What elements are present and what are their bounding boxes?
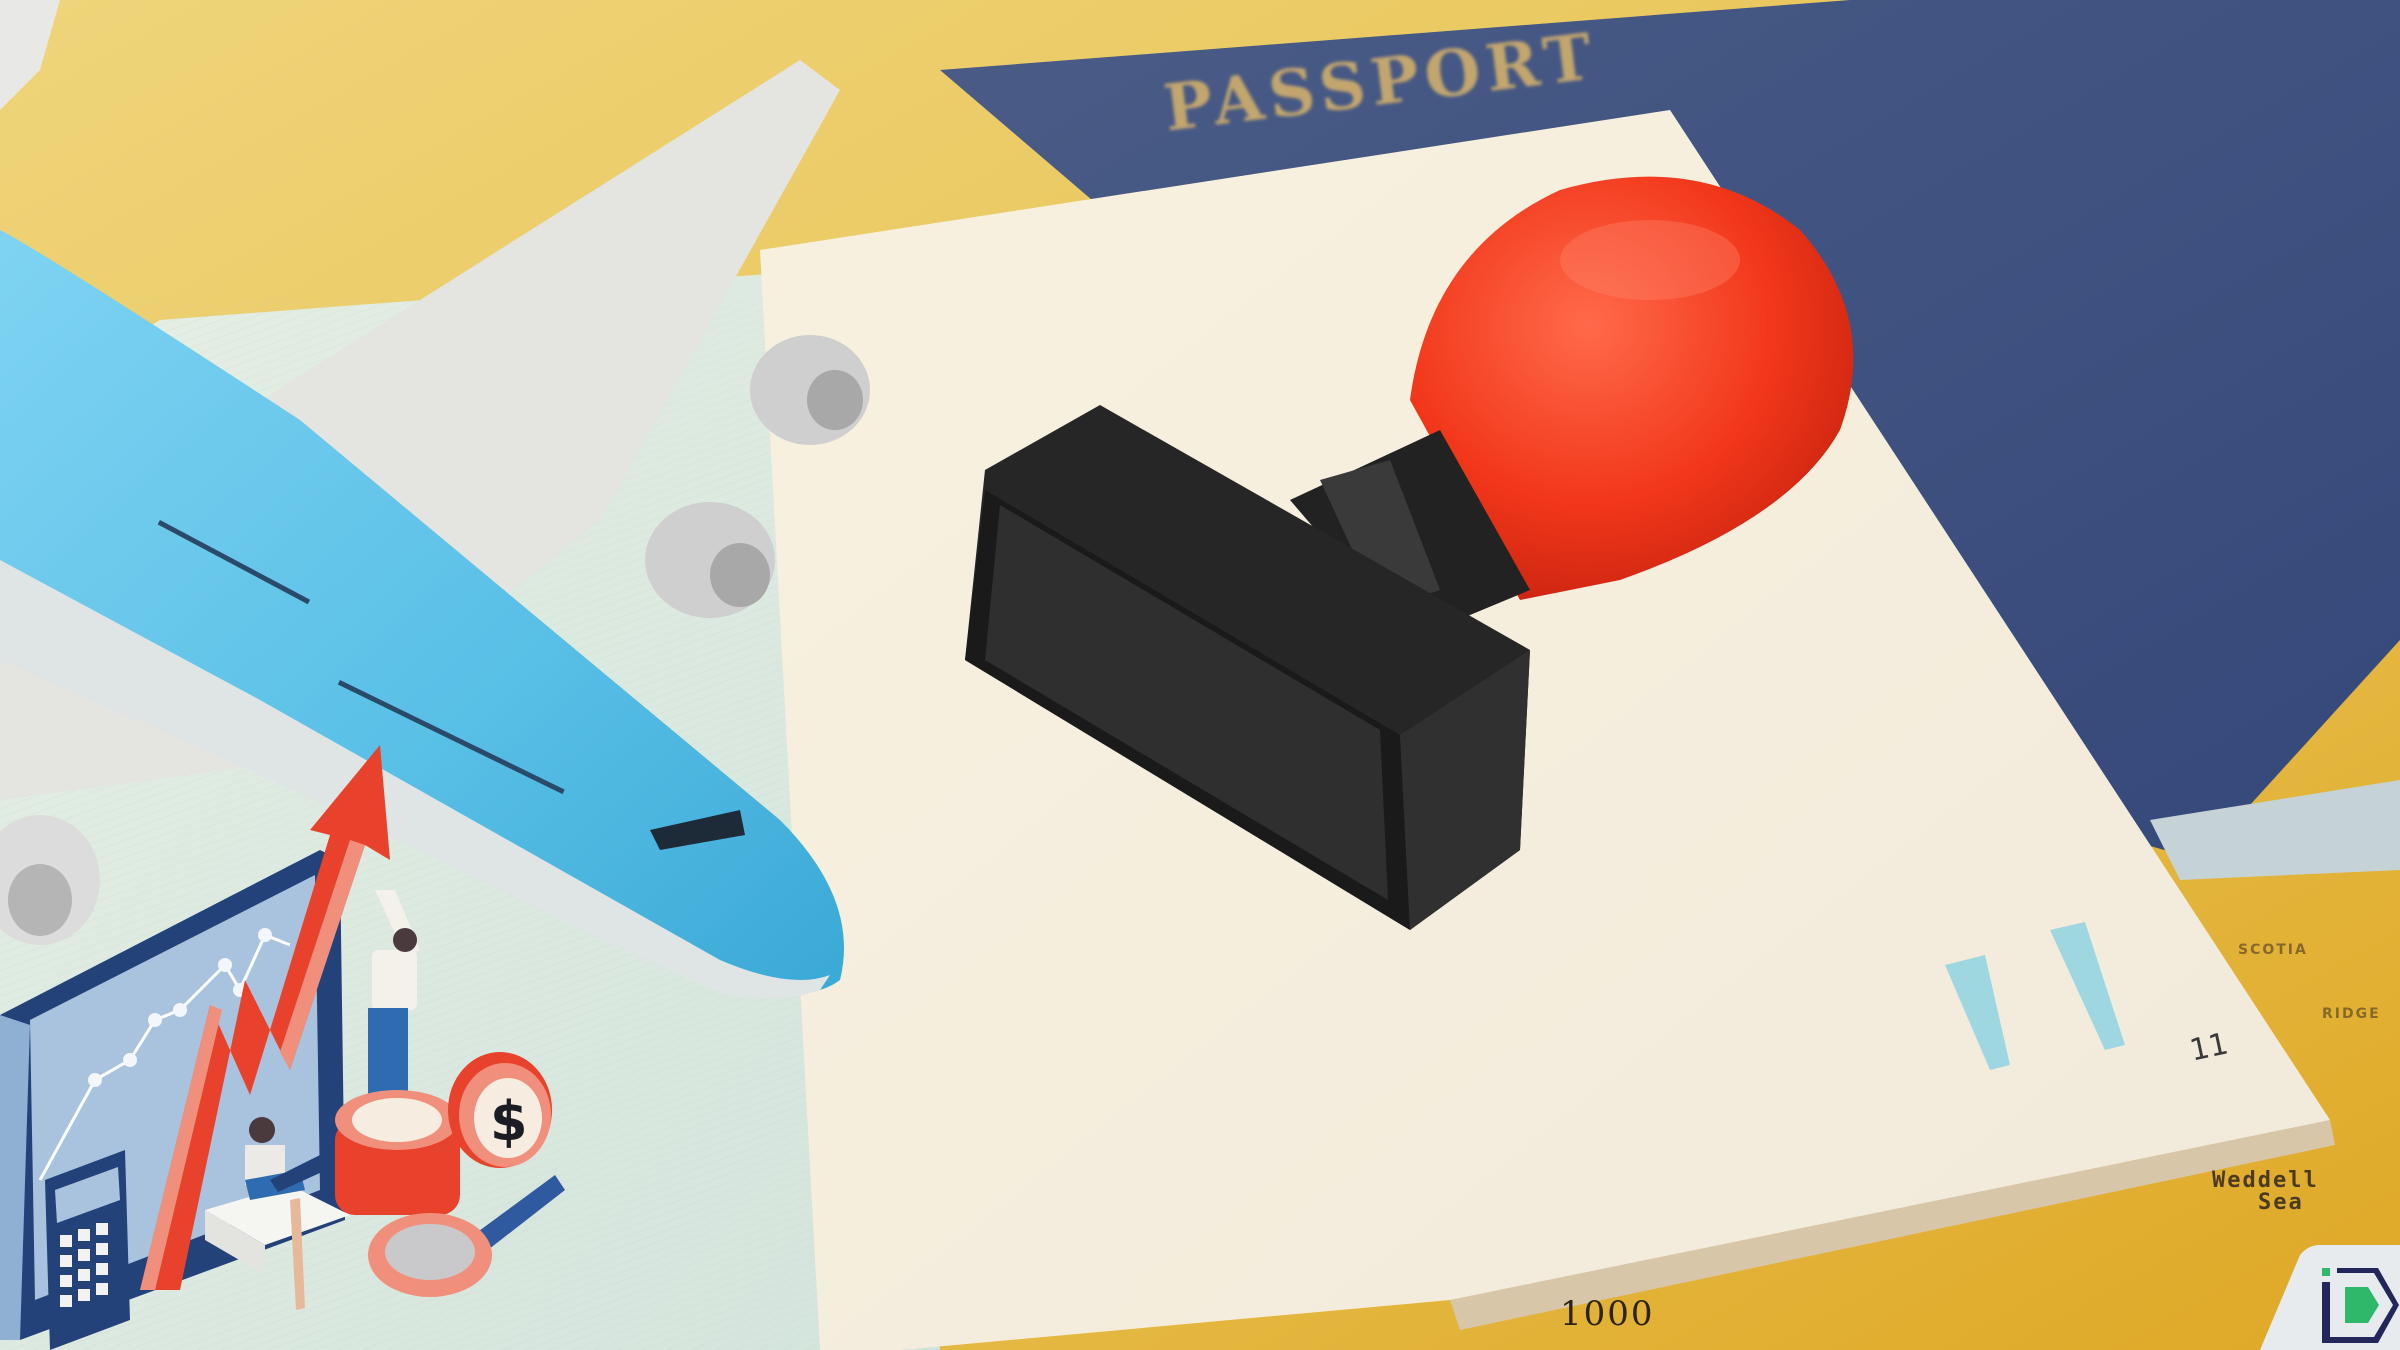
map-label-scale: 1000 [1560, 1294, 1655, 1334]
man-figure-icon [367, 890, 420, 1108]
brand-logo[interactable] [2260, 1225, 2400, 1350]
dollar-sign: $ [490, 1090, 528, 1153]
logo-icon [2260, 1225, 2400, 1350]
photo-scene: PASSPORT 11 Weddell Sea 1000 RIDGE SCOTI… [0, 0, 2400, 1350]
map-label-ridge: RIDGE [2322, 1006, 2381, 1022]
calculator-icon [45, 1150, 130, 1350]
business-growth-illustration: $ [0, 740, 600, 1350]
map-label-sea-line2: Sea [2258, 1190, 2304, 1215]
map-label-scotia: SCOTIA [2238, 942, 2308, 958]
